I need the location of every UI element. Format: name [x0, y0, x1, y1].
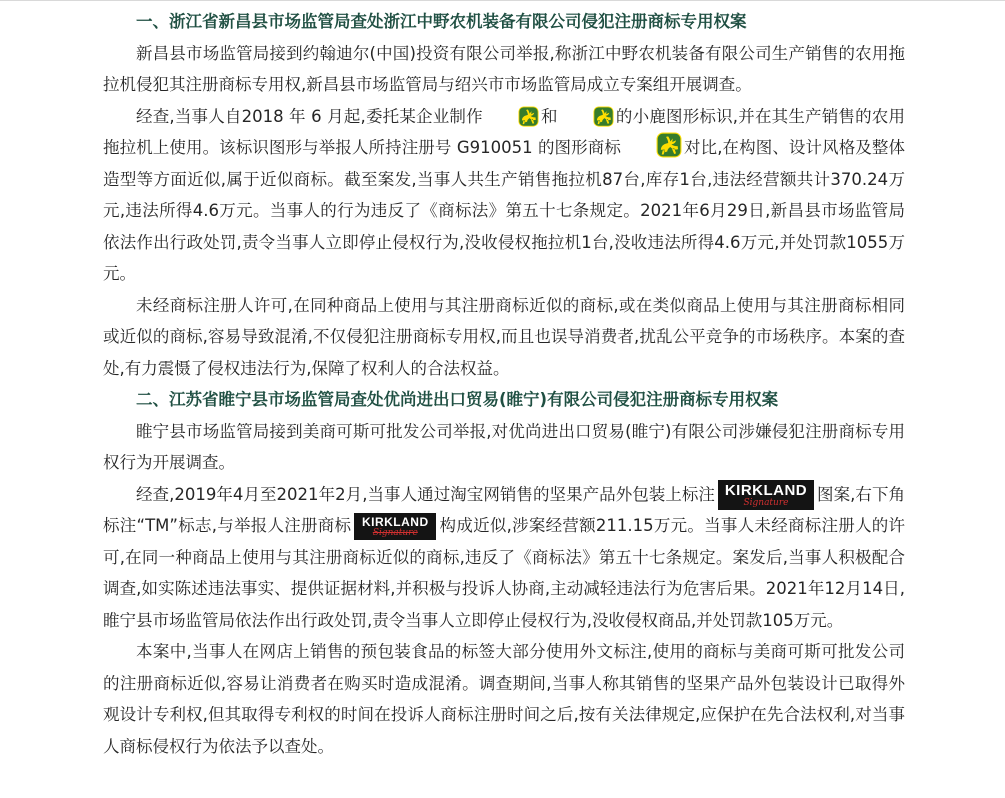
paragraph-text: 经查,2019年4月至2021年2月,当事人通过淘宝网销售的坚果产品外包装上标注: [136, 485, 715, 504]
kirkland-logo-script: Signature: [724, 499, 808, 508]
case-section-1: 一、浙江省新昌县市场监管局查处浙江中野农机装备有限公司侵犯注册商标专用权案 新昌…: [103, 6, 905, 384]
paragraph-text: 对比,在构图、设计风格及整体造型等方面近似,属于近似商标。截至案发,当事人共生产…: [103, 138, 905, 283]
john-deere-registered-logo-icon: [623, 132, 682, 158]
paragraph: 新昌县市场监管局接到约翰迪尔(中国)投资有限公司举报,称浙江中野农机装备有限公司…: [103, 38, 905, 101]
john-deere-logo-icon: [485, 106, 539, 127]
document-body: { "colors": { "heading_color": "#1f4f42"…: [0, 0, 1005, 798]
section-2-heading: 二、江苏省睢宁县市场监管局查处优尚进出口贸易(睢宁)有限公司侵犯注册商标专用权案: [103, 384, 905, 416]
paragraph: 经查,2019年4月至2021年2月,当事人通过淘宝网销售的坚果产品外包装上标注…: [103, 479, 905, 637]
paragraph-text: 睢宁县市场监管局接到美商可斯可批发公司举报,对优尚进出口贸易(睢宁)有限公司涉嫌…: [103, 422, 905, 473]
section-1-heading: 一、浙江省新昌县市场监管局查处浙江中野农机装备有限公司侵犯注册商标专用权案: [103, 6, 905, 38]
kirkland-logo-icon: KIRKLANDSignature: [718, 480, 814, 510]
paragraph-text: 本案中,当事人在网店上销售的预包装食品的标签大部分使用外文标注,使用的商标与美商…: [103, 642, 905, 756]
kirkland-logo-title: KIRKLAND: [724, 483, 808, 498]
john-deere-logo-icon: [560, 106, 614, 127]
kirkland-signature-logo-icon: KIRKLANDSignature: [354, 513, 436, 540]
paragraph: 睢宁县市场监管局接到美商可斯可批发公司举报,对优尚进出口贸易(睢宁)有限公司涉嫌…: [103, 416, 905, 479]
kirkland-logo-title: KIRKLAND: [360, 516, 430, 528]
kirkland-logo-script: Signature: [360, 529, 430, 538]
paragraph-text: 新昌县市场监管局接到约翰迪尔(中国)投资有限公司举报,称浙江中野农机装备有限公司…: [103, 44, 905, 95]
paragraph: 经查,当事人自2018 年 6 月起,委托某企业制作和的小鹿图形标识,并在其生产…: [103, 101, 905, 290]
paragraph-text: 未经商标注册人许可,在同种商品上使用与其注册商标近似的商标,或在类似商品上使用与…: [103, 296, 905, 378]
case-section-2: 二、江苏省睢宁县市场监管局查处优尚进出口贸易(睢宁)有限公司侵犯注册商标专用权案…: [103, 384, 905, 762]
paragraph: 本案中,当事人在网店上销售的预包装食品的标签大部分使用外文标注,使用的商标与美商…: [103, 636, 905, 762]
paragraph-text: 和: [541, 107, 558, 126]
document-page: 一、浙江省新昌县市场监管局查处浙江中野农机装备有限公司侵犯注册商标专用权案 新昌…: [0, 1, 1005, 762]
paragraph: 未经商标注册人许可,在同种商品上使用与其注册商标近似的商标,或在类似商品上使用与…: [103, 290, 905, 385]
paragraph-text: 经查,当事人自2018 年 6 月起,委托某企业制作: [136, 107, 483, 126]
